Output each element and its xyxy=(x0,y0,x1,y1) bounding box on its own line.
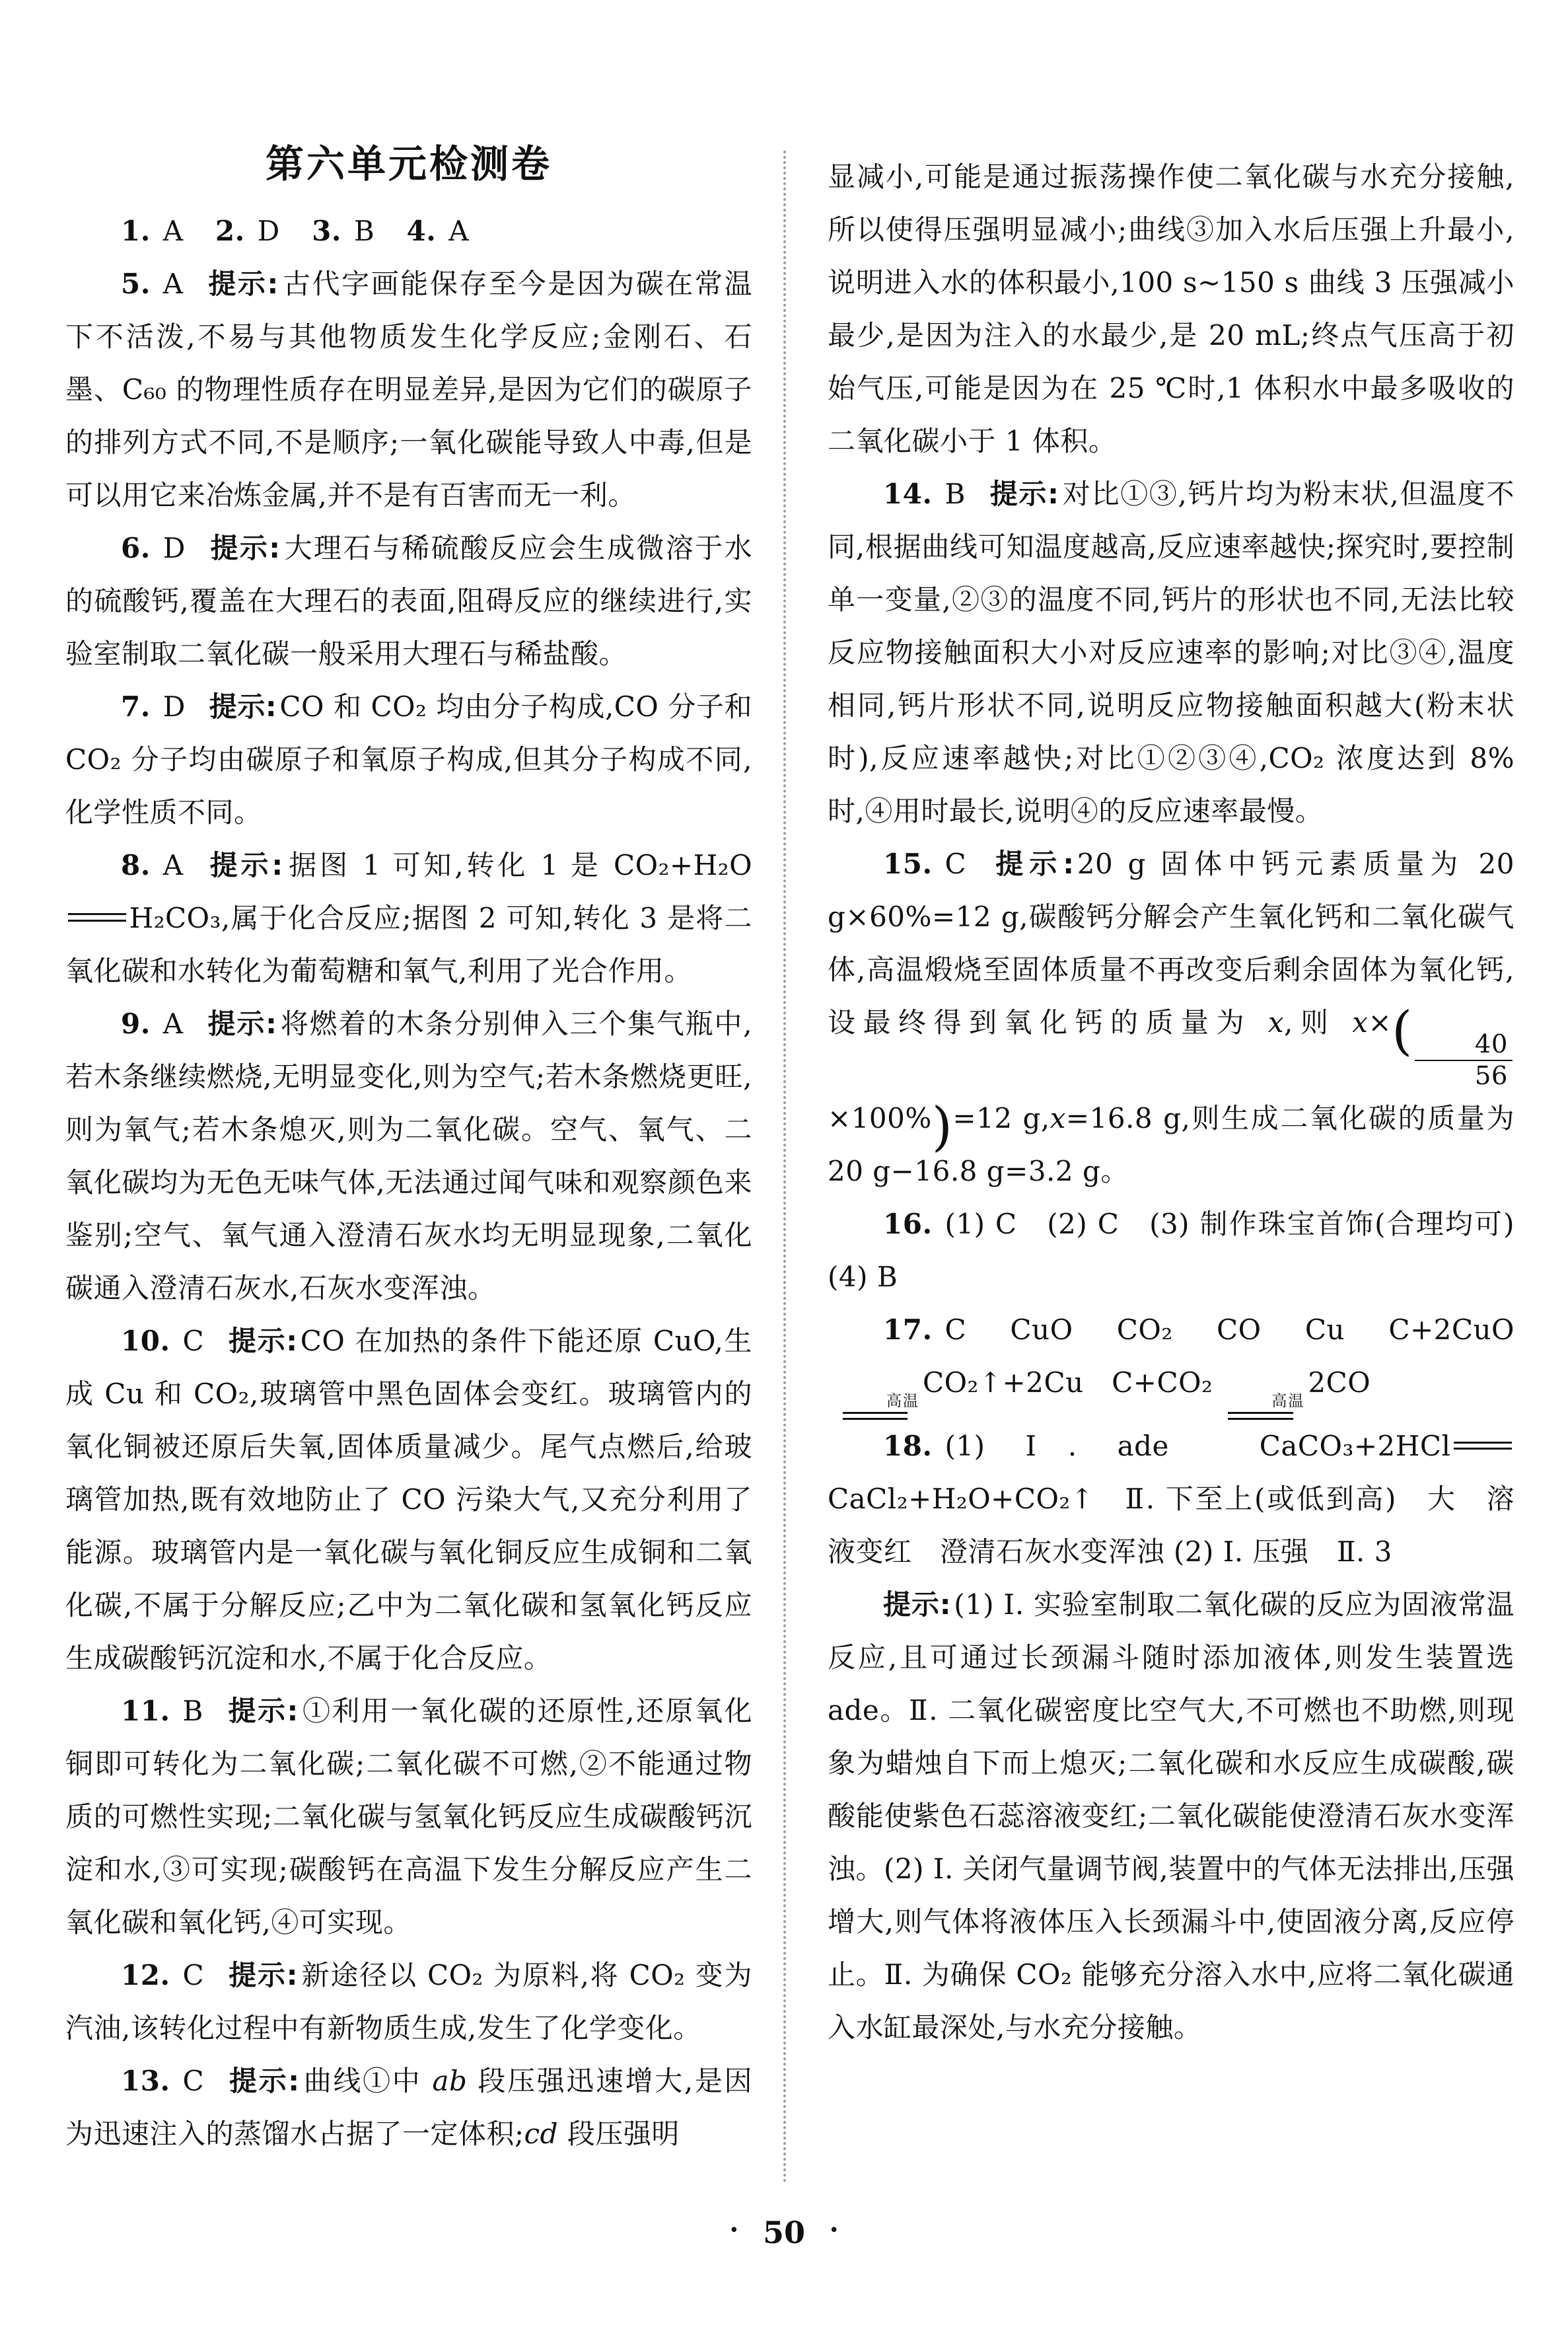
answer-item-10: 10.C提示:CO 在加热的条件下能还原 CuO,生成 Cu 和 CO₂,玻璃管… xyxy=(65,1315,752,1685)
page-number: 50 xyxy=(763,2215,805,2250)
answer-letter: B xyxy=(182,1695,203,1727)
answer-item-9: 9.A提示:将燃着的木条分别伸入三个集气瓶中,若木条继续燃烧,无明显变化,则为空… xyxy=(65,998,752,1315)
answer-letter: A xyxy=(163,849,184,881)
answer-item-14: 14.B提示:对比①③,钙片均为粉末状,但温度不同,根据曲线可知温度越高,反应速… xyxy=(828,468,1515,838)
hint-label: 提示: xyxy=(209,690,277,723)
question-number: 4. xyxy=(407,215,437,247)
hint-label: 提示: xyxy=(989,478,1059,510)
answer-letter: D xyxy=(163,532,186,564)
question-number: 16. xyxy=(883,1208,933,1240)
hint-label: 提示: xyxy=(883,1588,951,1621)
question-number: 7. xyxy=(121,690,151,723)
answer-letter: C xyxy=(182,1959,204,1991)
answer-letter: A xyxy=(163,268,184,300)
answer-item-15: 15.C提示:20 g 固体中钙元素质量为 20 g×60%=12 g,碳酸钙分… xyxy=(828,838,1515,1198)
answer-item-13-continuation: 显减小,可能是通过振荡操作使二氧化碳与水充分接触,所以使得压强明显减小;曲线③加… xyxy=(828,151,1515,468)
answer-item-17: 17.C CuO CO₂ CO Cu C+2CuO高温CO₂↑+2Cu C+CO… xyxy=(828,1304,1515,1421)
answer-item-6: 6.D提示:大理石与稀硫酸反应会生成微溶于水的硫酸钙,覆盖在大理石的表面,阻碍反… xyxy=(65,522,752,681)
question-number: 12. xyxy=(121,1959,170,1991)
answer-letter: D xyxy=(163,690,186,723)
answer-item-18-hint: 提示:(1) Ⅰ. 实验室制取二氧化碳的反应为固液常温反应,且可通过长颈漏斗随时… xyxy=(828,1578,1515,2054)
hint-label: 提示: xyxy=(207,849,283,881)
answer-item-5: 5.A提示:古代字画能保存至今是因为碳在常温下不活泼,不易与其他物质发生化学反应… xyxy=(65,258,752,522)
mc-answers-line: 1.A2.D3.B4.A xyxy=(65,205,752,258)
question-number: 9. xyxy=(121,1008,151,1040)
answer-item-12: 12.C提示:新途径以 CO₂ 为原料,将 CO₂ 变为汽油,该转化过程中有新物… xyxy=(65,1949,752,2055)
question-number: 15. xyxy=(883,848,933,880)
question-number: 5. xyxy=(121,268,151,300)
hint-text: 显减小,可能是通过振荡操作使二氧化碳与水充分接触,所以使得压强明显减小;曲线③加… xyxy=(828,161,1515,457)
hint-text: CO 在加热的条件下能还原 CuO,生成 Cu 和 CO₂,玻璃管中黑色固体会变… xyxy=(65,1325,752,1674)
right-column: 显减小,可能是通过振荡操作使二氧化碳与水充分接触,所以使得压强明显减小;曲线③加… xyxy=(828,151,1515,2054)
footer-dot-right: • xyxy=(829,2221,839,2240)
question-number: 10. xyxy=(121,1325,170,1357)
answer-item-8: 8.A提示:据图 1 可知,转化 1 是 CO₂+H₂OH₂CO₃,属于化合反应… xyxy=(65,839,752,998)
answer-letter: D xyxy=(258,215,280,247)
page-footer: •50• xyxy=(0,2215,1568,2250)
answer-letter: B xyxy=(354,215,374,247)
answer-letter: A xyxy=(448,215,469,247)
hint-label: 提示: xyxy=(227,1695,299,1727)
hint-label: 提示: xyxy=(207,1008,277,1040)
question-number: 11. xyxy=(121,1695,170,1727)
answer-item-7: 7.D提示:CO 和 CO₂ 均由分子构成,CO 分子和 CO₂ 分子均由碳原子… xyxy=(65,681,752,839)
answer-item-16: 16.(1) C (2) C (3) 制作珠宝首饰(合理均可) (4) B xyxy=(828,1198,1515,1304)
question-number: 13. xyxy=(121,2065,170,2097)
question-number: 3. xyxy=(312,215,341,247)
answer-letter: A xyxy=(163,1008,184,1040)
question-number: 6. xyxy=(121,532,151,564)
question-number: 18. xyxy=(883,1430,933,1462)
page-title: 第六单元检测卷 xyxy=(65,129,752,198)
answer-item-13: 13.C提示:曲线①中 ab 段压强迅速增大,是因为迅速注入的蒸馏水占据了一定体… xyxy=(65,2055,752,2160)
hint-text: 将燃着的木条分别伸入三个集气瓶中,若木条继续燃烧,无明显变化,则为空气;若木条燃… xyxy=(65,1008,752,1304)
column-divider xyxy=(783,151,786,2184)
hint-label: 提示: xyxy=(990,848,1075,880)
answer-letter: C xyxy=(182,2065,204,2097)
hint-label: 提示: xyxy=(228,2065,300,2097)
answer-text: (1) C (2) C (3) 制作珠宝首饰(合理均可) (4) B xyxy=(828,1208,1543,1293)
hint-text: (1) Ⅰ. 实验室制取二氧化碳的反应为固液常温反应,且可通过长颈漏斗随时添加液… xyxy=(828,1588,1515,2044)
hint-text: 古代字画能保存至今是因为碳在常温下不活泼,不易与其他物质发生化学反应;金刚石、石… xyxy=(65,268,752,511)
hint-label: 提示: xyxy=(209,532,281,564)
answer-letter: C xyxy=(944,848,966,880)
hint-text: 20 g 固体中钙元素质量为 20 g×60%=12 g,碳酸钙分解会产生氧化钙… xyxy=(828,848,1515,1187)
footer-dot-left: • xyxy=(729,2221,739,2240)
hint-text: 对比①③,钙片均为粉末状,但温度不同,根据曲线可知温度越高,反应速率越快;探究时… xyxy=(828,478,1515,827)
answer-key-page: 第六单元检测卷 1.A2.D3.B4.A 5.A提示:古代字画能保存至今是因为碳… xyxy=(0,0,1568,2325)
answer-item-11: 11.B提示:①利用一氧化碳的还原性,还原氧化铜即可转化为二氧化碳;二氧化碳不可… xyxy=(65,1685,752,1949)
left-column: 第六单元检测卷 1.A2.D3.B4.A 5.A提示:古代字画能保存至今是因为碳… xyxy=(65,129,752,2160)
answer-item-18: 18.(1) Ⅰ. ade CaCO₃+2HClCaCl₂+H₂O+CO₂↑ Ⅱ… xyxy=(828,1420,1515,1578)
question-number: 2. xyxy=(215,215,245,247)
hint-text: ①利用一氧化碳的还原性,还原氧化铜即可转化为二氧化碳;二氧化碳不可燃,②不能通过… xyxy=(65,1695,752,1938)
hint-label: 提示: xyxy=(207,268,279,300)
hint-label: 提示: xyxy=(228,1325,298,1357)
question-number: 17. xyxy=(883,1313,933,1346)
question-number: 14. xyxy=(883,478,933,510)
question-number: 8. xyxy=(121,849,151,881)
question-number: 1. xyxy=(121,215,151,247)
hint-label: 提示: xyxy=(228,1959,298,1991)
answer-letter: B xyxy=(944,478,965,510)
answer-letter: C xyxy=(182,1325,204,1357)
answer-letter: A xyxy=(163,215,184,247)
